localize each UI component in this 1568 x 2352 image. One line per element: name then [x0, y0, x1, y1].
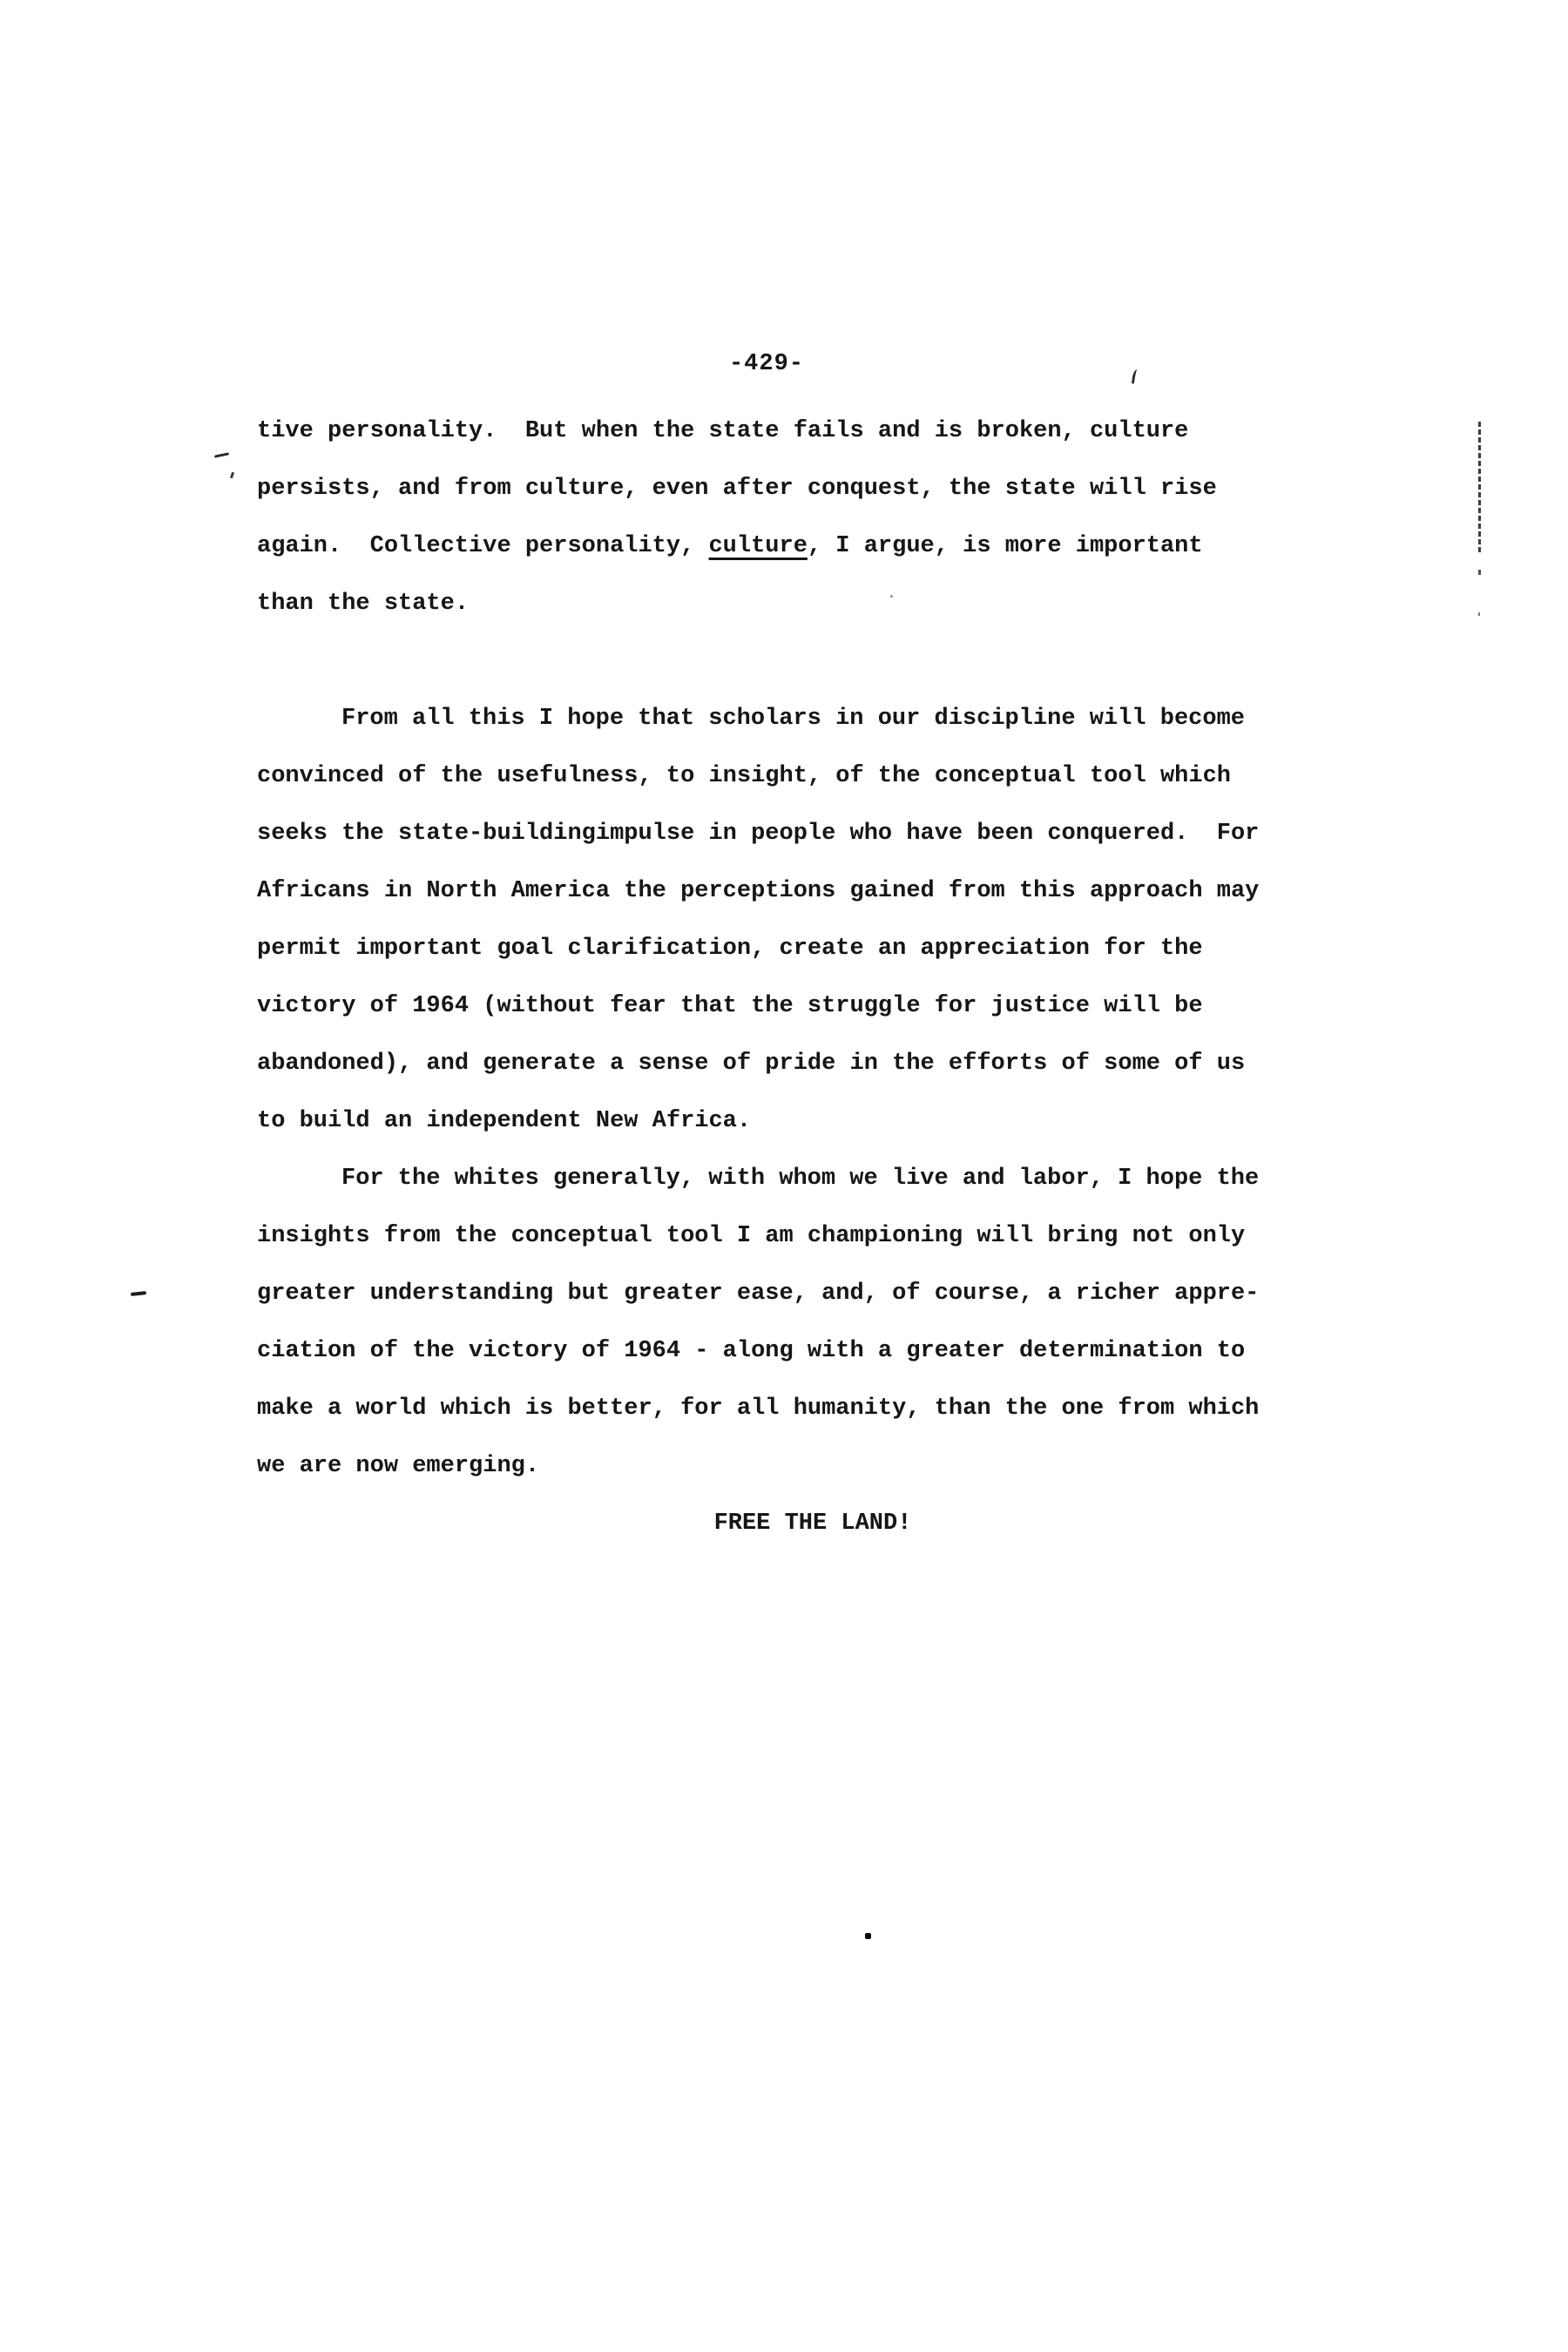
text-line: tive personality. But when the state fai…	[257, 402, 1302, 460]
text-segment: Africans in North America the perception…	[257, 878, 1259, 904]
text-segment: greater understanding but greater ease, …	[257, 1281, 1259, 1307]
text-line: victory of 1964 (without fear that the s…	[257, 977, 1302, 1035]
text-segment: we are now emerging.	[257, 1453, 539, 1479]
page-number: -429-	[257, 347, 1276, 382]
paragraph: From all this I hope that scholars in ou…	[257, 690, 1302, 1150]
right-margin-dot-mark-2	[1478, 612, 1480, 616]
text-segment: tive personality. But when the state fai…	[257, 418, 1188, 444]
text-line: persists, and from culture, even after c…	[257, 460, 1302, 517]
text-segment: to build an independent New Africa.	[257, 1108, 751, 1134]
text-line: For the whites generally, with whom we l…	[257, 1150, 1302, 1207]
paragraph: For the whites generally, with whom we l…	[257, 1150, 1302, 1495]
left-margin-tilde-mark	[214, 452, 229, 457]
text-segment: insights from the conceptual tool I am c…	[257, 1223, 1245, 1249]
text-segment: abandoned), and generate a sense of prid…	[257, 1051, 1245, 1077]
text-segment: than the state.	[257, 591, 469, 617]
slogan-free-the-land: FREE THE LAND!	[290, 1495, 1335, 1552]
text-line: make a world which is better, for all hu…	[257, 1380, 1302, 1437]
stray-dot-mark	[890, 595, 893, 598]
text-segment: ciation of the victory of 1964 - along w…	[257, 1338, 1245, 1364]
text-line: permit important goal clarification, cre…	[257, 920, 1302, 977]
text-segment: , I argue, is more important	[808, 533, 1203, 559]
text-line: seeks the state-buildingimpulse in peopl…	[257, 805, 1302, 862]
bottom-center-dot-mark	[865, 1933, 871, 1939]
left-margin-tick-mark	[230, 472, 234, 479]
text-segment: From all this I hope that scholars in ou…	[341, 706, 1245, 732]
underlined-text: culture	[708, 533, 807, 559]
text-line: again. Collective personality, culture, …	[257, 517, 1302, 575]
right-margin-dot-mark-1	[1478, 570, 1481, 575]
text-segment: again. Collective personality,	[257, 533, 708, 559]
text-line: insights from the conceptual tool I am c…	[257, 1207, 1302, 1265]
text-segment: For the whites generally, with whom we l…	[341, 1166, 1259, 1192]
text-line: ciation of the victory of 1964 - along w…	[257, 1322, 1302, 1380]
text-segment: seeks the state-buildingimpulse in peopl…	[257, 821, 1259, 847]
text-line: greater understanding but greater ease, …	[257, 1265, 1302, 1322]
right-margin-dashed-line-mark	[1478, 422, 1481, 552]
text-line: abandoned), and generate a sense of prid…	[257, 1035, 1302, 1092]
text-line: convinced of the usefulness, to insight,…	[257, 747, 1302, 805]
text-segment: victory of 1964 (without fear that the s…	[257, 993, 1203, 1019]
text-segment: persists, and from culture, even after c…	[257, 476, 1217, 502]
left-margin-dash-mark	[131, 1291, 146, 1296]
text-line: From all this I hope that scholars in ou…	[257, 690, 1302, 747]
text-line: to build an independent New Africa.	[257, 1092, 1302, 1150]
text-segment: make a world which is better, for all hu…	[257, 1396, 1259, 1422]
paragraph: tive personality. But when the state fai…	[257, 402, 1302, 632]
text-segment: permit important goal clarification, cre…	[257, 936, 1203, 962]
text-line: than the state.	[257, 575, 1302, 632]
document-body: tive personality. But when the state fai…	[257, 402, 1302, 1552]
text-segment: convinced of the usefulness, to insight,…	[257, 763, 1231, 789]
scanned-document-page: -429- tive personality. But when the sta…	[0, 0, 1568, 2352]
text-line: Africans in North America the perception…	[257, 862, 1302, 920]
text-line: we are now emerging.	[257, 1437, 1302, 1495]
